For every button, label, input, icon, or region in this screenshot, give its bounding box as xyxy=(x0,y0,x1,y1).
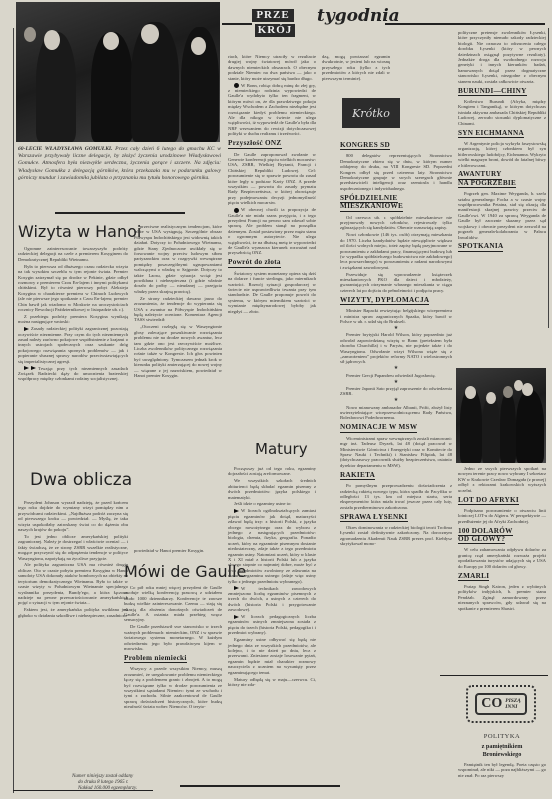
od-glowy-heading: OD GŁOWY? xyxy=(458,537,505,544)
wizyta-title: Wizyta w Hanoi xyxy=(18,222,141,241)
dwa-p2: To jest jedno oblicze amerykańskiej poli… xyxy=(18,534,128,561)
onz-p1: De Gaulle zaproponował zwołanie w Genewi… xyxy=(228,152,316,206)
caption-divider xyxy=(55,212,185,214)
wizyta-c2-p1: przeciwne realistycznym tendencjom, któr… xyxy=(134,224,222,294)
photo-caption: 60-LECIE WŁADYSŁAWA GOMUŁKI. Przez cały … xyxy=(18,146,221,182)
de-gaulle-intro-text: powiedział w Hanoi premier Kosygin. xyxy=(134,548,222,553)
caption-lead: 60-LECIE WŁADYSŁAWA GOMUŁKI. xyxy=(18,146,113,152)
right-frame-line xyxy=(548,28,549,328)
wizyty-item-4: Premier Japonii Sato przyjął zaproszenie… xyxy=(340,386,452,397)
nominacje-heading: NOMINACJE W MSW xyxy=(340,425,417,432)
rakieta-heading: RAKIETA xyxy=(340,473,375,480)
matury-title: Matury xyxy=(255,440,308,458)
spoldzielnie-p1: Od czerwca ub. r. spółdzielnie mieszkani… xyxy=(340,215,452,231)
dwa-p4: Faktem jest, że amerykańska polityka uwi… xyxy=(18,607,128,618)
wizyta-column-1: Ogromne zainteresowanie towarzyszyło pod… xyxy=(18,246,128,383)
arrow-bullet-icon xyxy=(24,366,29,370)
wizyty-heading: WIZYTY, DYPLOMACJA xyxy=(340,298,429,305)
problem-niemiecki-heading: Problem niemiecki xyxy=(124,656,187,663)
column-5: polityczne pretensje zwolenników Łysenki… xyxy=(458,30,546,255)
column-5-lower: Jedno ze swych pierwszych spotkań na now… xyxy=(458,466,546,613)
spoldzielnie-heading-line2: MIESZKANIOWE xyxy=(340,202,403,210)
star-separator: ★ xyxy=(340,398,452,403)
pamietnik-title: z pamiętnikiem Broniewskiego xyxy=(458,743,546,759)
left-frame-line xyxy=(13,28,14,793)
wizyta-c2-p2: Ze strony radzieckiej dawano jasno do zr… xyxy=(134,296,222,323)
co-pisza-inni-logo: CO PISZĄ INNI xyxy=(466,685,536,723)
spoldzielnie-heading-line1: SPÓŁDZIELNIE xyxy=(340,194,398,202)
star-separator: ★ xyxy=(340,366,452,371)
wizyta-p4: Zasady radzieckiej polityki zagranicznej… xyxy=(18,326,128,363)
zmarli-heading: ZMARLI xyxy=(458,574,489,581)
co-logo-big: CO xyxy=(481,696,502,712)
matury-p8: Matury odbędą się w maju—czerwcu. Ci, kt… xyxy=(228,677,316,688)
gomulka-photo xyxy=(16,2,220,142)
co-logo-bottom: INNI xyxy=(505,704,521,710)
dwa-p1: Prezydent Johnson wyraził nadzieję, że p… xyxy=(18,500,128,532)
przyszlosc-onz-heading: Przyszłość ONZ xyxy=(228,141,282,148)
problem-niemiecki-p1: Wszyscy a przede wszystkim Niemcy, muszą… xyxy=(124,666,222,709)
column-4: KONGRES SD 800 delegatów reprezentującyc… xyxy=(340,140,452,548)
de-gaulle-column: Co pół roku mniej więcej prezydent de Ga… xyxy=(124,585,222,711)
dwa-oblicza-column: Prezydent Johnson wyraził nadzieję, że p… xyxy=(18,500,128,620)
wizyta-p2: Była to pierwsza od dłuższego czasu radz… xyxy=(18,264,128,313)
masthead-rule-right xyxy=(385,23,545,25)
nominacje-p1: Wiceministrami spraw wewnętrznych zostal… xyxy=(340,436,452,468)
arrow-bullet-icon xyxy=(31,366,36,370)
matury-p4: W liceach ogólnokształcących zamiast pię… xyxy=(228,508,316,583)
spotkania-photo xyxy=(456,368,546,463)
dwa-oblicza-title: Dwa oblicza xyxy=(30,470,132,490)
matury-p6: W liceach pedagogicznych liczba egzaminó… xyxy=(228,614,316,635)
wizyty-item-5: Nowo mianowany ambasador Albanii, Prifti… xyxy=(340,405,452,421)
wizyta-p3: Z przebiegu podróży premiera Kosygina wy… xyxy=(18,314,128,325)
zmarli-p1: Pratap Singh Kairon, jeden z wybitnych p… xyxy=(458,584,546,611)
de-gaulle-p1: Co pół roku mniej więcej prezydent de Ga… xyxy=(124,585,222,623)
footer-rule xyxy=(180,785,340,787)
matury-p7: Egzaminy ustne odbywać się będą nie jedn… xyxy=(228,637,316,675)
lysenki-continued: polityczne pretensje zwolenników Łysenki… xyxy=(458,30,546,84)
de-gaulle-cont-p1: riach, które Niemcy utraciły w rezultaci… xyxy=(228,54,316,81)
spotkania-caption: Jedno ze swych pierwszych spotkań na now… xyxy=(458,466,546,493)
powrot-do-zlota-heading: Powrót do złota xyxy=(228,260,281,267)
arrow-bullet-icon xyxy=(234,509,239,513)
spotkania-heading: SPOTKANIA xyxy=(458,244,503,251)
right-box-bottom xyxy=(440,675,548,676)
matury-p2: We wszystkich szkołach średnich abiturie… xyxy=(228,478,316,500)
lot-heading: LOT DO AFRYKI xyxy=(458,498,519,505)
krotko-box: Krótko xyxy=(342,98,400,128)
masthead-rule-left xyxy=(222,23,252,25)
wizyty-item-1: Minister Rapacki rewizytując belgijskieg… xyxy=(340,308,452,324)
dolarow-p1: W celu zahamowania odpływu dolarów za gr… xyxy=(458,547,546,569)
lysenki-heading: SPRAWA ŁYSENKI xyxy=(340,515,408,522)
pamietnik-p1: Pamiętnik ten był legendą. Poeta często … xyxy=(458,762,546,778)
matury-column: Począwszy już od tego roku, egzaminy doj… xyxy=(228,466,316,689)
matury-p1: Począwszy już od tego roku, egzaminy doj… xyxy=(228,466,316,477)
wizyty-item-3: Premier Grecji Papandreu odwiedził Jugos… xyxy=(340,373,452,378)
wizyta-column-2: przeciwne realistycznym tendencjom, któr… xyxy=(134,224,222,380)
matury-p3: Jeśli idzie o egzaminy ustne to: xyxy=(228,501,316,506)
star-separator: ★ xyxy=(340,326,452,331)
spoldzielnie-p3: Przewiduje się wprowadzenie książeczek m… xyxy=(340,272,452,294)
kongres-sd-heading: KONGRES SD xyxy=(340,143,390,150)
burundi-p1: Królestwo Burundi (Afryka, między Kongie… xyxy=(458,99,546,126)
awantury-heading-line1: AWANTURY xyxy=(458,170,502,178)
przekroj-logo-bottom: KRÓJ xyxy=(255,24,295,37)
lot-p1: Podpisano porozumienie o otwarciu linii … xyxy=(458,508,546,524)
print-note: Numer niniejszy został oddany do druku 8… xyxy=(72,774,222,792)
arrow-bullet-icon xyxy=(234,586,239,590)
zloto-p1: Światowy system monetarny opiera się dzi… xyxy=(228,271,316,314)
de-gaulle-p2: De Gaulle przedstawił swe stanowisko w t… xyxy=(124,624,222,651)
pamietnik-title-line2: Broniewskiego xyxy=(458,751,546,759)
kongres-p1: 800 delegatów reprezentujących Stronnict… xyxy=(340,153,452,191)
polityka-label: POLITYKA xyxy=(458,733,546,740)
matury-p5: W technikach zawodowych zmniejszono licz… xyxy=(228,586,316,613)
spoldzielnie-p2: Nowi członkowie (146 tys. osób) otrzymaj… xyxy=(340,232,452,270)
dolarow-heading-line2: OD GŁOWY? xyxy=(458,535,505,543)
pamietnik-column: Pamiętnik ten był legendą. Poeta często … xyxy=(458,762,546,780)
dwa-p3: Ale polityka zagraniczna USA ma również … xyxy=(18,562,128,605)
de-gaulle-cont-p2: W Bonn, robiąc dobrą minę do złej gry, z… xyxy=(228,83,316,137)
eichmann-p1: W Argentynie policja wykryła faszystowsk… xyxy=(458,141,546,168)
wizyta-c2-p3: „Otoczeni rozległą się w Waszyngtonie gł… xyxy=(134,324,222,378)
de-gaulle-continued: riach, które Niemcy utraciły w rezultaci… xyxy=(228,54,316,315)
column-4-top: dzą, mogą powtarzać egzamin dwukrotnie, … xyxy=(322,54,390,83)
de-gaulle-intro: powiedział w Hanoi premier Kosygin. xyxy=(134,548,222,555)
przekroj-logo-top: PRZE xyxy=(252,9,294,22)
awantury-p1: Pogrzeb gen. Maxime Weyganda, b. szefa s… xyxy=(458,191,546,240)
onz-p2: W obecnej chwili ta propozycja de Gaulle… xyxy=(228,207,316,255)
rakieta-p1: Po pomyślnym przeprowadzeniu doświadczen… xyxy=(340,483,452,510)
mieszkaniowe-heading: MIESZKANIOWE xyxy=(340,204,403,211)
wizyta-p1: Ogromne zainteresowanie towarzyszyło pod… xyxy=(18,246,128,262)
pamietnik-title-line1: z pamiętnikiem xyxy=(458,743,546,751)
burundi-heading: BURUNDI—CHINY xyxy=(458,89,527,96)
arrow-bullet-icon xyxy=(234,615,239,619)
na-pogrzebie-heading: NA POGRZEBIE xyxy=(458,181,516,188)
star-separator: ★ xyxy=(340,380,452,385)
wizyty-item-2: Premier brytyjski Harold Wilson, który p… xyxy=(340,332,452,364)
eichmann-heading: SYN EICHMANNA xyxy=(458,131,524,138)
awantury-heading-line2: NA POGRZEBIE xyxy=(458,179,516,187)
lysenki-p1: Okres dominowania w radzieckiej biologii… xyxy=(340,525,452,547)
column4-lead: dzą, mogą powtarzać egzamin dwukrotnie, … xyxy=(322,54,390,81)
dolarow-heading-line1: 100 DOLARÓW xyxy=(458,527,513,535)
arrow-bullet-icon xyxy=(24,327,29,331)
